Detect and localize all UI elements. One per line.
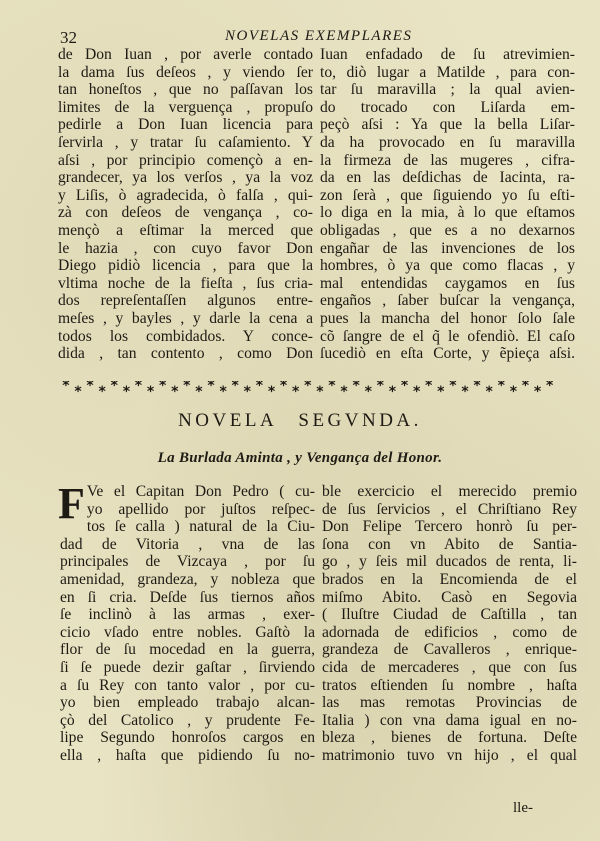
star-icon: * — [532, 384, 544, 400]
text-line: engaños , ſaber buſcar la vengança, — [320, 292, 575, 310]
text-line: ſi ſe puede dezir gaſtar , ſirviendo — [60, 659, 315, 677]
text-line: ſucediò en eſta Corte, y ẽpieça aſsi. — [320, 345, 575, 363]
text-line: tan honeſtos , que no paſſavan los — [58, 81, 313, 99]
catchword: lle- — [513, 800, 533, 817]
text-line: tar ſu maravilla ; la qual avien- — [320, 81, 575, 99]
text-line: zon ſerà , que ſiguiendo yo ſu eſti- — [320, 187, 575, 205]
text-line: limites de la verguença , propuſo — [58, 99, 313, 117]
text-line: adornada de edificios , como de — [322, 624, 577, 642]
star-icon: * — [96, 384, 108, 400]
star-icon: * — [544, 381, 556, 394]
star-icon: * — [278, 381, 290, 394]
text-line: cõ ſangre de el q̃ le ofendiò. El caſo — [320, 328, 575, 346]
star-icon: * — [459, 384, 471, 400]
text-line: çò del Catolico , y prudente Fe- — [60, 712, 315, 730]
text-line: la dama ſus deſeos , y viendo ſer — [58, 64, 313, 82]
text-line: bleza , bienes de fortuna. Deſte — [322, 729, 577, 747]
text-line: grandecer, ya los verſos , ya la voz — [58, 169, 313, 187]
star-ornament-divider: ****************************************… — [60, 381, 560, 405]
book-page: 32 NOVELAS EXEMPLARES de Don Iuan , por … — [0, 0, 600, 841]
text-line: Don Felipe Tercero honrò ſu per- — [322, 518, 577, 536]
text-line: lipe Segundo honroſos cargos en — [60, 729, 315, 747]
text-column-top-right: Iuan enfadado de ſu atrevimien- to, diò … — [320, 46, 575, 363]
text-line: tratos eſtienden ſu nombre , haſta — [322, 677, 577, 695]
text-line: ſona con vn Abito de Santia- — [322, 536, 577, 554]
text-line: Italia ) con vna dama igual en no- — [322, 712, 577, 730]
star-icon: * — [350, 381, 362, 394]
star-icon: * — [193, 384, 205, 400]
star-icon: * — [411, 384, 423, 400]
text-line: y Liſis, ò agradecida, ò falſa , qui- — [58, 187, 313, 205]
star-icon: * — [290, 384, 302, 400]
text-line: le hazia , con cuyo favor Don — [58, 240, 313, 258]
star-icon: * — [229, 381, 241, 394]
star-icon: * — [145, 384, 157, 400]
star-icon: * — [266, 384, 278, 400]
text-line: lo diga en la mia, à lo que eſtamos — [320, 204, 575, 222]
text-line: ſe inclinò à las armas , exer- — [60, 606, 315, 624]
text-line: pedirle a Don Iuan licencia para — [58, 116, 313, 134]
star-icon: * — [181, 381, 193, 394]
text-line: vltima noche de la fieſta , ſus cria- — [58, 275, 313, 293]
novel-subtitle: La Burlada Aminta , y Vengança del Honor… — [0, 450, 600, 467]
text-line: principales de Vizcaya , por ſu — [60, 553, 315, 571]
star-icon: * — [133, 381, 145, 394]
text-line: cida de mercaderes , que con ſus — [322, 659, 577, 677]
text-line: Iuan enfadado de ſu atrevimien- — [320, 46, 575, 64]
text-line: hombres, ò ya que como flacas , y — [320, 257, 575, 275]
text-line: grandeza de Cavalleros , enrique- — [322, 641, 577, 659]
text-line: de Don Iuan , por averle contado — [58, 46, 313, 64]
text-line: aſsi , por principio començò a en- — [58, 152, 313, 170]
text-line: da ha provocado en ſu maravilla — [320, 134, 575, 152]
text-line: a ſu Rey con tanto valor , por cu- — [60, 677, 315, 695]
text-line: matrimonio tuvo vn hijo , el qual — [322, 747, 577, 765]
text-line: cicio vſado entre nobles. Gaſtò la — [60, 624, 315, 642]
text-line: meſes , y bayles , y darle la cena a — [58, 310, 313, 328]
text-line: mal entendidas caygamos en ſus — [320, 275, 575, 293]
text-line: mençò a eſtimar la merced que — [58, 222, 313, 240]
text-column-bottom-left: F Ve el Capitan Don Pedro ( cu- yo apell… — [60, 483, 315, 765]
text-line: zà con deſeos de vengança , co- — [58, 204, 313, 222]
text-column-top-left: de Don Iuan , por averle contado la dama… — [58, 46, 313, 363]
star-icon: * — [326, 381, 338, 394]
star-icon: * — [205, 381, 217, 394]
text-line: do trocado con Liſarda em- — [320, 99, 575, 117]
text-line: pues la mancha del honor ſolo ſale — [320, 310, 575, 328]
text-line: en ſi cria. Deſde ſus tiernos años — [60, 589, 315, 607]
text-line: peçò aſsi : Ya que la bella Liſar- — [320, 116, 575, 134]
text-line: brados en la Encomienda de el — [322, 571, 577, 589]
text-line: dad de Vitoria , vna de las — [60, 536, 315, 554]
star-icon: * — [507, 384, 519, 400]
text-line: Ve el Capitan Don Pedro ( cu- — [60, 483, 315, 501]
star-icon: * — [338, 384, 350, 400]
star-icon: * — [374, 381, 386, 394]
star-icon: * — [483, 384, 495, 400]
text-line: go , y ſeis mil ducados de renta, li- — [322, 553, 577, 571]
star-icon: * — [169, 384, 181, 400]
text-line: Diego pidiò licencia , para que la — [58, 257, 313, 275]
text-line: yo apellido por juſtos reſpec- — [60, 501, 315, 519]
star-icon: * — [399, 381, 411, 394]
text-line: de ſus ſervicios , el Chriſtiano Rey — [322, 501, 577, 519]
text-column-bottom-right: ble exercicio el merecido premio de ſus … — [322, 483, 577, 765]
text-line: tos ſe calla ) natural de la Ciu- — [60, 518, 315, 536]
star-icon: * — [108, 381, 120, 394]
novel-title: NOVELA SEGVNDA. — [0, 410, 600, 432]
star-icon: * — [387, 384, 399, 400]
text-line: ſervirla , y tratar ſu caſamiento. Y — [58, 134, 313, 152]
star-icon: * — [520, 381, 532, 394]
star-icon: * — [423, 381, 435, 394]
text-line: da en las deſdichas de Iacinta, ra- — [320, 169, 575, 187]
text-line: obligadas , que es a no dexarnos — [320, 222, 575, 240]
star-icon: * — [217, 384, 229, 400]
star-icon: * — [471, 381, 483, 394]
star-icon: * — [314, 384, 326, 400]
text-line: engañar de las invenciones de los — [320, 240, 575, 258]
star-icon: * — [84, 381, 96, 394]
star-icon: * — [447, 381, 459, 394]
star-icon: * — [495, 381, 507, 394]
text-line: yo bien empleado trabajo alcan- — [60, 694, 315, 712]
running-title: NOVELAS EXEMPLARES — [225, 28, 412, 45]
star-icon: * — [241, 384, 253, 400]
star-icon: * — [120, 384, 132, 400]
star-icon: * — [72, 384, 84, 400]
text-line: flor de ſu mocedad en la guerra, — [60, 641, 315, 659]
text-line: to, diò lugar a Matilde , para con- — [320, 64, 575, 82]
page-number: 32 — [60, 28, 77, 48]
star-icon: * — [435, 384, 447, 400]
text-line: la firmeza de las mugeres , cifra- — [320, 152, 575, 170]
star-icon: * — [302, 381, 314, 394]
text-line: ble exercicio el merecido premio — [322, 483, 577, 501]
star-icon: * — [157, 381, 169, 394]
text-line: las mas remotas Provincias de — [322, 694, 577, 712]
text-line: amenidad, grandeza, y nobleza que — [60, 571, 315, 589]
text-line: miſmo Abito. Casò en Segovia — [322, 589, 577, 607]
drop-cap: F — [58, 485, 85, 523]
text-line: todos los combidados. Y conce- — [58, 328, 313, 346]
text-line: dos repreſentaſſen algunos entre- — [58, 292, 313, 310]
star-icon: * — [60, 381, 72, 394]
text-line: ( Iluſtre Ciudad de Caſtilla , tan — [322, 606, 577, 624]
text-line: dida , tan contento , como Don — [58, 345, 313, 363]
star-icon: * — [362, 384, 374, 400]
star-icon: * — [254, 381, 266, 394]
text-line: ella , haſta que pidiendo ſu no- — [60, 747, 315, 765]
